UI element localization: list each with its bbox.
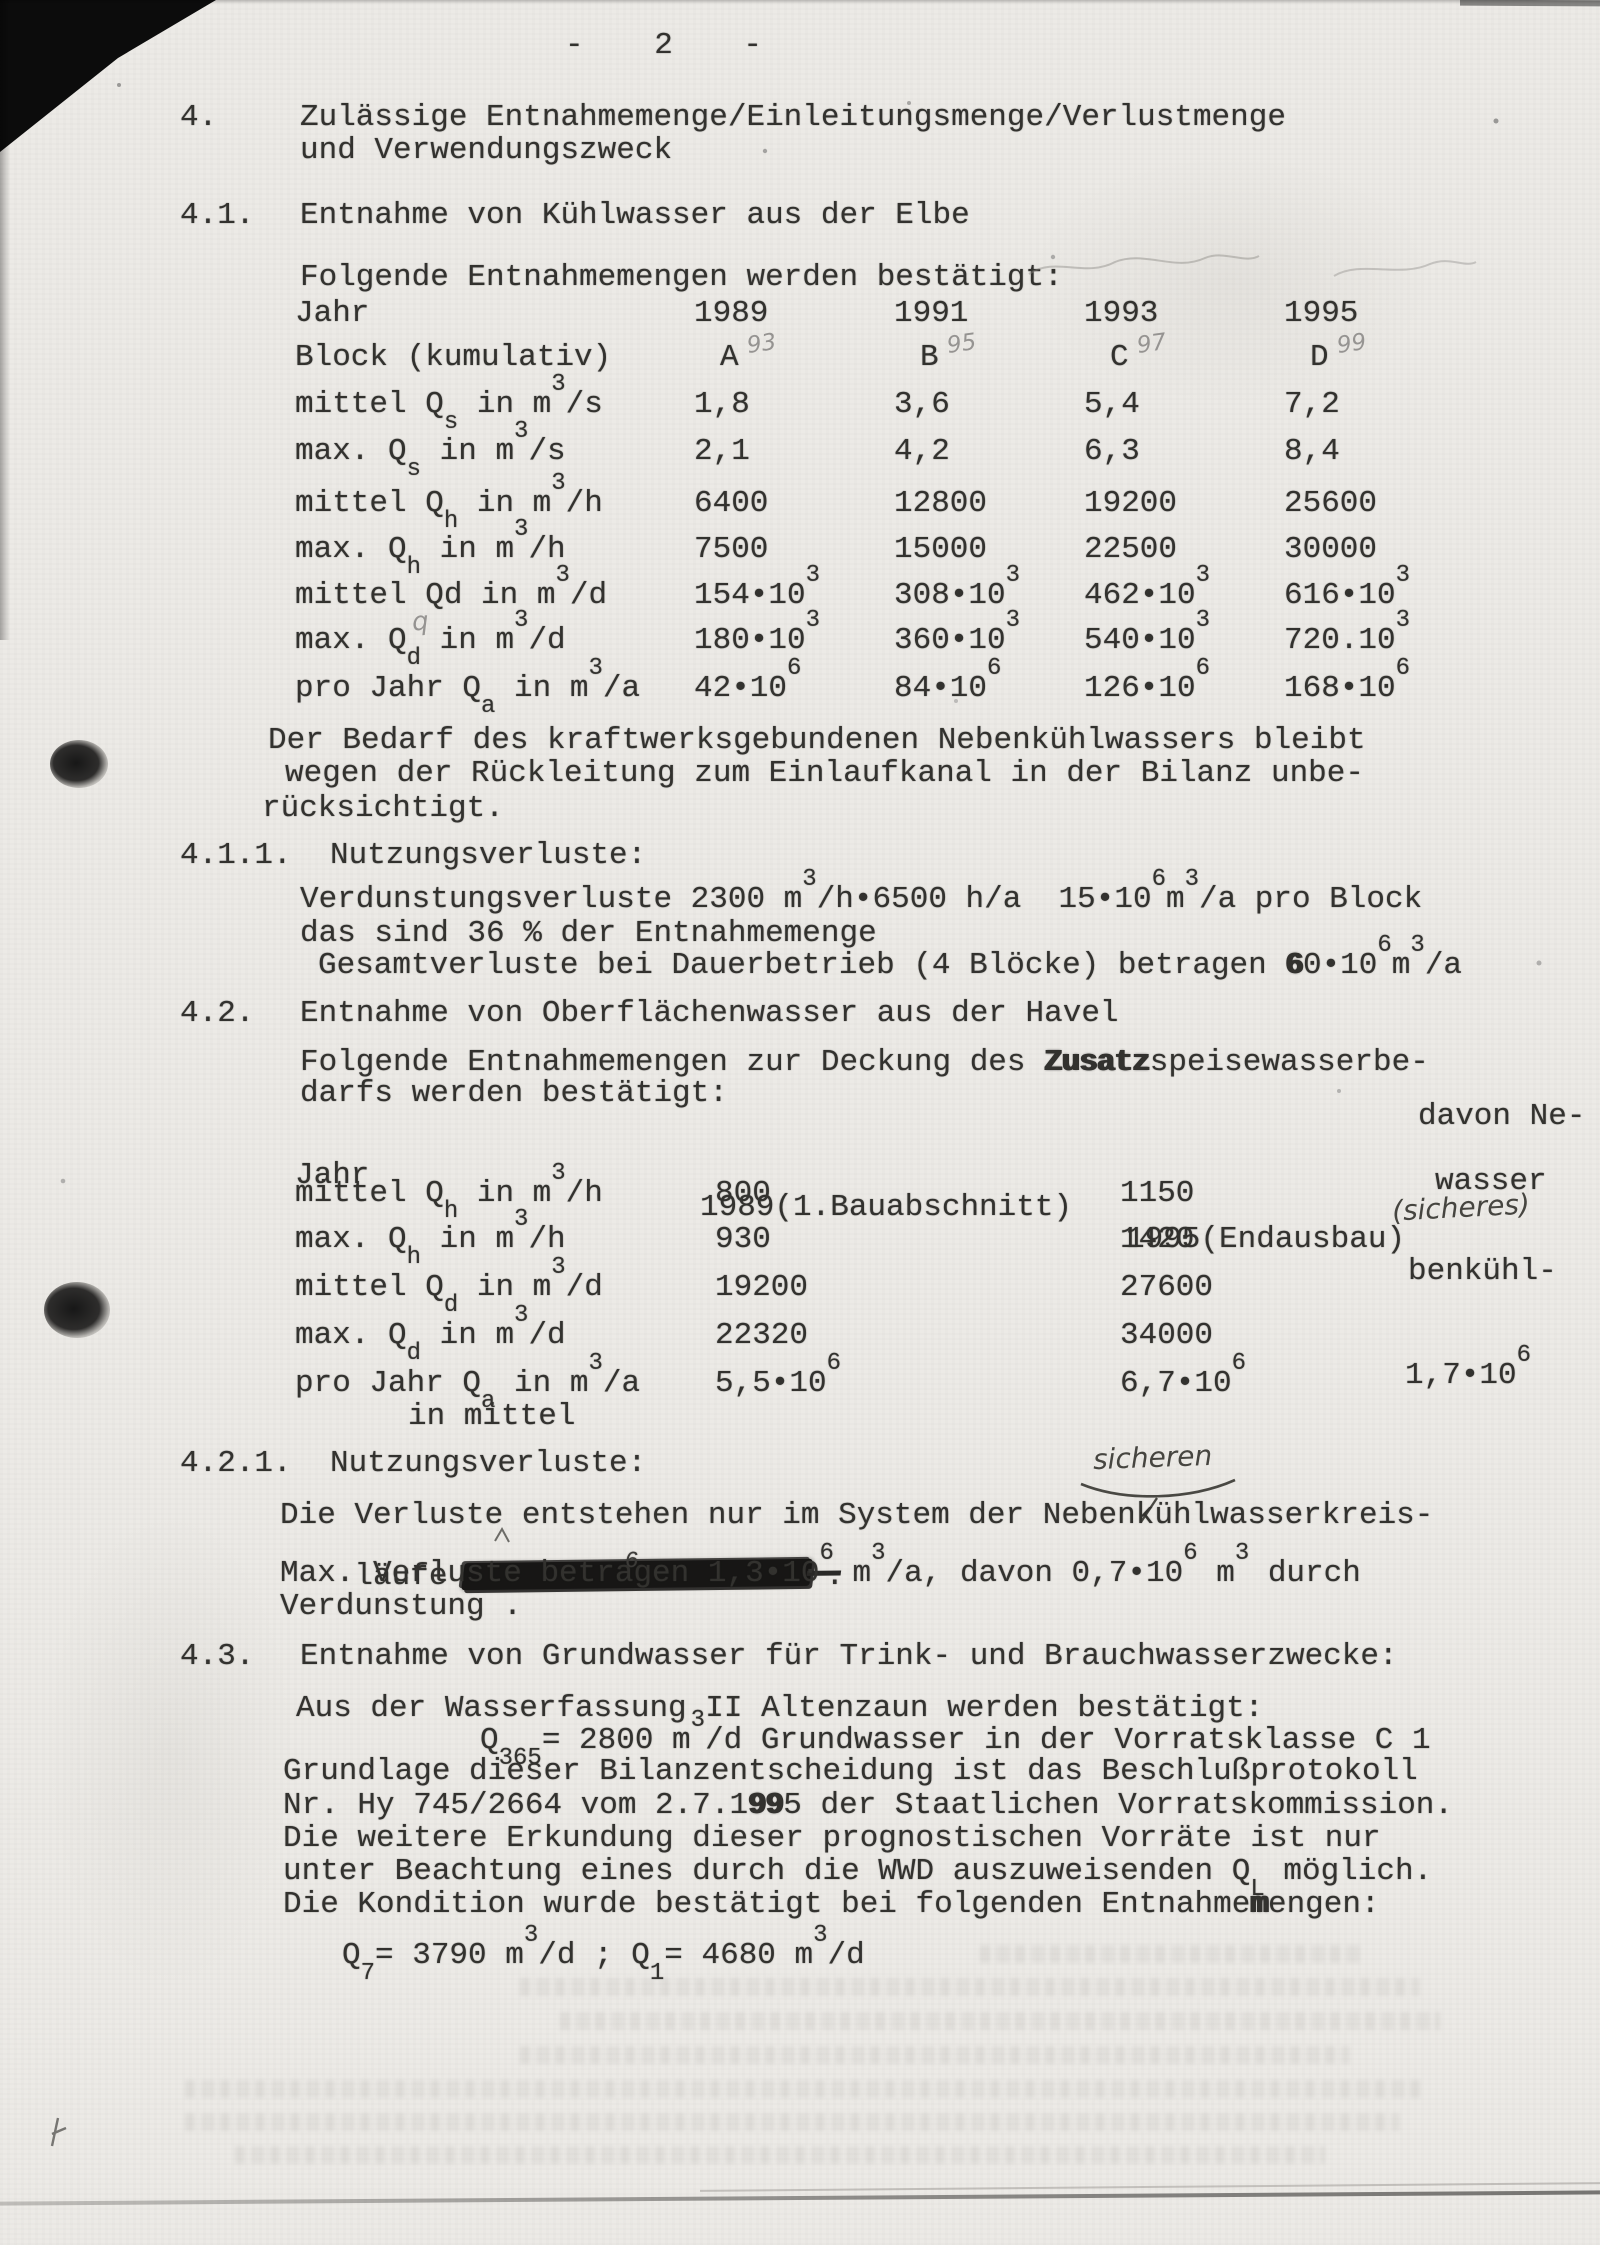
value: 1420 xyxy=(1120,1224,1405,1256)
section-4-1-1-number: 4.1.1. xyxy=(180,840,292,872)
paper-stain xyxy=(40,1500,300,2000)
row-label: mittel Qd in m3/d xyxy=(295,580,680,612)
value: 3,6 xyxy=(880,389,1070,421)
row-label-continued: in mittel xyxy=(408,1401,575,1433)
table1-year-label: Jahr xyxy=(295,298,680,330)
block-letter: C xyxy=(1110,340,1129,375)
section-4-2-title: Entnahme von Oberflächenwasser aus der H… xyxy=(300,998,1119,1030)
paragraph-line: Verdunstungsverluste 2300 m3/h•6500 h/a … xyxy=(300,884,1422,916)
paragraph-line: Nr. Hy 745/2664 vom 2.7.1995 der Staatli… xyxy=(283,1790,1453,1822)
paragraph-line: Max. Verluste betragen 1,3•106 m3/a, dav… xyxy=(280,1558,1361,1590)
bleed-through-line xyxy=(185,2113,1400,2131)
section-4-1-number: 4.1. xyxy=(180,200,254,232)
paragraph-line: Verdunstung . xyxy=(280,1591,522,1623)
block-letter: A xyxy=(720,340,739,375)
section-4-3-number: 4.3. xyxy=(180,1641,254,1673)
table1-block-c: C97 xyxy=(1070,342,1270,374)
value: 12800 xyxy=(880,488,1070,520)
value: 19200 xyxy=(1070,488,1270,520)
paragraph-line: darfs werden bestätigt: xyxy=(300,1078,728,1110)
pencil-scribble xyxy=(1025,244,1265,288)
table1-year-1989: 1989 xyxy=(680,298,880,330)
table1-row: mittel Qs in m3/s 1,8 3,6 5,4 7,2 xyxy=(295,389,1565,421)
value: 7500 xyxy=(680,534,880,566)
table1-year-row: Jahr 1989 1991 1993 1995 xyxy=(295,298,1565,330)
value: 27600 xyxy=(1120,1272,1405,1304)
value: 6,7•106 xyxy=(1120,1368,1405,1400)
punch-hole xyxy=(50,740,108,788)
value xyxy=(1405,1224,1575,1256)
row-label: mittel Qd in m3/d xyxy=(295,1272,715,1304)
note-line: wegen der Rückleitung zum Einlaufkanal i… xyxy=(285,758,1364,790)
row-label: pro Jahr Qa in m3/a xyxy=(295,673,680,705)
section-4-2-1-number: 4.2.1. xyxy=(180,1448,292,1480)
value: 42•106 xyxy=(680,673,880,705)
table1-row: pro Jahr Qa in m3/a 42•106 84•106 126•10… xyxy=(295,673,1565,705)
value: 8,4 xyxy=(1270,436,1565,468)
bleed-through-line xyxy=(560,2012,1440,2030)
handwritten-year-note: 95 xyxy=(945,326,978,362)
table2-row: max. Qd in m3/d 22320 34000 xyxy=(295,1320,1575,1352)
value: 6400 xyxy=(680,488,880,520)
table2-row: mittel Qd in m3/d 19200 27600 xyxy=(295,1272,1575,1304)
block-letter: B xyxy=(920,340,939,375)
value: 19200 xyxy=(715,1272,1120,1304)
handwritten-year-note: 97 xyxy=(1135,326,1168,362)
bleed-through-line xyxy=(185,2080,1425,2098)
table1-row: max. Qs in m3/s 2,1 4,2 6,3 8,4 xyxy=(295,436,1565,468)
row-label: max. Qd in m3/d xyxy=(295,625,680,657)
bleed-through-line xyxy=(520,1978,1420,1996)
section-4-title-line1: Zulässige Entnahmemenge/Einleitungsmenge… xyxy=(300,102,1286,134)
value: 4,2 xyxy=(880,436,1070,468)
table2-row: max. Qh in m3/h 930 1420 xyxy=(295,1224,1575,1256)
paragraph-line: unter Beachtung eines durch die WWD ausz… xyxy=(283,1856,1432,1888)
value: 616•103 xyxy=(1270,580,1565,612)
value: 154•103 xyxy=(680,580,880,612)
paragraph-line: das sind 36 % der Entnahmemenge xyxy=(300,918,877,950)
paragraph-line: Die weitere Erkundung dieser prognostisc… xyxy=(283,1823,1381,1855)
row-label: max. Qh in m3/h xyxy=(295,1224,715,1256)
value: 126•106 xyxy=(1070,673,1270,705)
section-4-1-1-title: Nutzungsverluste: xyxy=(330,840,646,872)
paragraph-line: Aus der Wasserfassung II Altenzaun werde… xyxy=(296,1693,1263,1725)
table1-year-1991: 1991 xyxy=(880,298,1070,330)
pencil-scribble xyxy=(1330,252,1480,288)
row-label: mittel Qh in m3/h xyxy=(295,1178,715,1210)
handwritten-sicheren: sicheren xyxy=(1092,1440,1212,1476)
table1-block-row: Block (kumulativ) A93 B95 C97 D99 xyxy=(295,342,1565,374)
scan-top-shadow xyxy=(0,0,1600,4)
row-label: max. Qh in m3/h xyxy=(295,534,680,566)
page-number: - 2 - xyxy=(565,30,788,62)
table1-row: mittel Qh in m3/h 6400 12800 19200 25600 xyxy=(295,488,1565,520)
handwritten-year-note: 99 xyxy=(1335,326,1368,362)
value: 308•103 xyxy=(880,580,1070,612)
section-4-number: 4. xyxy=(180,102,217,134)
paper-crease xyxy=(0,2190,1600,2205)
table1-row: mittel Qd in m3/d 154•103 308•103 462•10… xyxy=(295,580,1565,612)
value: 2,1 xyxy=(680,436,880,468)
section-4-1-title: Entnahme von Kühlwasser aus der Elbe xyxy=(300,200,970,232)
note-line: rücksichtigt. xyxy=(262,793,504,825)
formula-line: Q7= 3790 m3/d ; Q1= 4680 m3/d xyxy=(342,1940,865,1972)
table1-year-1993: 1993 xyxy=(1070,298,1270,330)
table1-block-label: Block (kumulativ) xyxy=(295,342,680,374)
value: 34000 xyxy=(1120,1320,1405,1352)
section-4-title-line2: und Verwendungszweck xyxy=(300,135,672,167)
table2-row: mittel Qh in m3/h 800 1150 xyxy=(295,1178,1575,1210)
value: 720.103 xyxy=(1270,625,1565,657)
block-letter: D xyxy=(1310,340,1329,375)
value: 180•103 xyxy=(680,625,880,657)
punch-hole xyxy=(44,1282,110,1338)
scan-left-shadow xyxy=(0,0,10,640)
table1-block-b: B95 xyxy=(880,342,1070,374)
value: 30000 xyxy=(1270,534,1565,566)
value: 15000 xyxy=(880,534,1070,566)
table1-row: max. Qd in m3/d 180•103 360•103 540•103 … xyxy=(295,625,1565,657)
value xyxy=(1405,1320,1575,1352)
value: 1,8 xyxy=(680,389,880,421)
value: 5,5•106 xyxy=(715,1368,1120,1400)
value: 800 xyxy=(715,1178,1120,1210)
value: 7,2 xyxy=(1270,389,1565,421)
table1-row: max. Qh in m3/h 7500 15000 22500 30000 xyxy=(295,534,1565,566)
row-label: max. Qd in m3/d xyxy=(295,1320,715,1352)
value: 84•106 xyxy=(880,673,1070,705)
section-4-2-number: 4.2. xyxy=(180,998,254,1030)
paragraph-line: Folgende Entnahmemengen zur Deckung des … xyxy=(300,1047,1429,1079)
table1-block-d: D99 xyxy=(1270,342,1565,374)
value: 360•103 xyxy=(880,625,1070,657)
note-line: Der Bedarf des kraftwerksgebundenen Nebe… xyxy=(268,725,1366,757)
row-label: max. Qs in m3/s xyxy=(295,436,680,468)
value: 540•103 xyxy=(1070,625,1270,657)
paragraph-line: Die Verluste entstehen nur im System der… xyxy=(280,1500,1433,1532)
section-4-1-intro: Folgende Entnahmemengen werden bestätigt… xyxy=(300,262,1063,294)
bleed-through-line xyxy=(520,2046,1350,2064)
value: 22500 xyxy=(1070,534,1270,566)
table1-block-a: A93 xyxy=(680,342,880,374)
bleed-through-line xyxy=(980,1945,1360,1963)
handwritten-year-note: 93 xyxy=(745,326,778,362)
value xyxy=(1405,1272,1575,1304)
paragraph-line: Q365= 2800 m3/d Grundwasser in der Vorra… xyxy=(480,1725,1431,1757)
value: 5,4 xyxy=(1070,389,1270,421)
value: 168•106 xyxy=(1270,673,1565,705)
row-label: mittel Qh in m3/h xyxy=(295,488,680,520)
pencil-mark xyxy=(48,2116,74,2150)
paragraph-line: Gesamtverluste bei Dauerbetrieb (4 Blöck… xyxy=(318,950,1462,982)
value: 1,7•106 xyxy=(1405,1360,1575,1392)
paragraph-line: Die Kondition wurde bestätigt bei folgen… xyxy=(283,1889,1380,1921)
bleed-through-line xyxy=(235,2146,1325,2164)
table2-row: pro Jahr Qa in m3/a 5,5•106 6,7•106 1,7•… xyxy=(295,1368,1575,1400)
section-4-3-title: Entnahme von Grundwasser für Trink- und … xyxy=(300,1641,1398,1673)
table1-year-1995: 1995 xyxy=(1270,298,1565,330)
row-label: mittel Qs in m3/s xyxy=(295,389,680,421)
value: 1150 xyxy=(1120,1178,1405,1210)
value xyxy=(1405,1178,1575,1210)
value: 462•103 xyxy=(1070,580,1270,612)
section-4-2-1-title: Nutzungsverluste: xyxy=(330,1448,646,1480)
value: 25600 xyxy=(1270,488,1565,520)
scanned-document-page: - 2 - 4. Zulässige Entnahmemenge/Einleit… xyxy=(0,0,1600,2245)
dust-specks xyxy=(0,0,2,2)
value: 22320 xyxy=(715,1320,1120,1352)
row-label: pro Jahr Qa in m3/a xyxy=(295,1368,715,1400)
value: 6,3 xyxy=(1070,436,1270,468)
paragraph-line: Grundlage dieser Bilanzentscheidung ist … xyxy=(283,1756,1418,1788)
value: 930 xyxy=(715,1224,1120,1256)
